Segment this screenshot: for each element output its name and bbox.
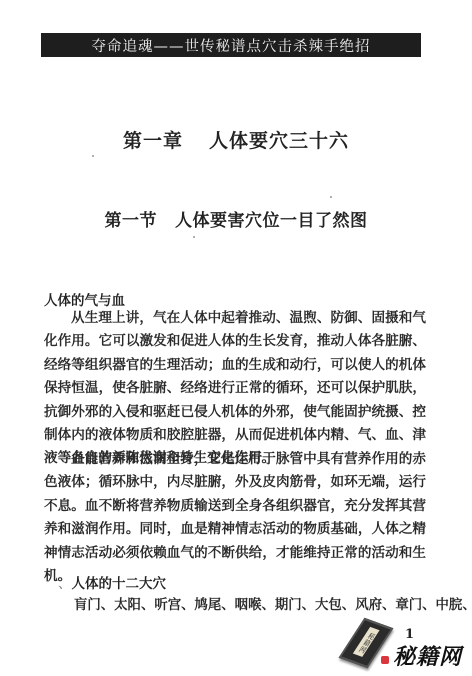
red-seal-icon bbox=[381, 656, 389, 664]
chapter-title: 第一章人体要穴三十六 bbox=[0, 126, 472, 153]
section-name: 人体要害穴位一目了然图 bbox=[175, 211, 368, 231]
running-header-bar: 夺命追魂——世传秘谱点穴击杀辣手绝招 bbox=[41, 33, 421, 57]
list-marker: 、 bbox=[58, 576, 72, 592]
subheading-twelve-points: 、人体的十二大穴 bbox=[58, 572, 166, 592]
paragraph-blood: 血能营养和滋润全身，它是运行于脉管中具有营养作用的赤色液体；循环脉中，内尽脏腑，… bbox=[44, 448, 426, 588]
paragraph-qi-text: 从生理上讲，气在人体中起着推动、温煦、防御、固摄和气化作用。它可以激发和促进人体… bbox=[44, 310, 426, 466]
book-label: 秘籍网 bbox=[353, 627, 380, 657]
watermark-logo: 秘籍网 秘籍网 bbox=[343, 616, 471, 672]
paragraph-qi: 从生理上讲，气在人体中起着推动、温煦、防御、固摄和气化作用。它可以激发和促进人体… bbox=[44, 307, 426, 471]
scan-speck bbox=[330, 196, 332, 198]
chapter-name: 人体要穴三十六 bbox=[209, 130, 349, 152]
acupoint-list: 肓门、太阳、听宫、鸠尾、咽喉、期门、大包、风府、章门、中脘、 bbox=[74, 594, 472, 613]
section-number: 第一节 bbox=[105, 211, 158, 231]
watermark-text: 秘籍网 bbox=[393, 640, 462, 671]
scan-speck bbox=[193, 236, 195, 238]
subheading-qi-blood: 人体的气与血 bbox=[44, 289, 125, 309]
subheading-twelve-points-text: 人体的十二大穴 bbox=[72, 576, 167, 592]
section-title: 第一节人体要害穴位一目了然图 bbox=[0, 206, 472, 231]
scan-speck bbox=[92, 155, 94, 157]
paragraph-blood-text: 血能营养和滋润全身，它是运行于脉管中具有营养作用的赤色液体；循环脉中，内尽脏腑，… bbox=[44, 451, 426, 584]
running-title: 夺命追魂——世传秘谱点穴击杀辣手绝招 bbox=[92, 35, 371, 56]
chapter-number: 第一章 bbox=[123, 130, 183, 152]
